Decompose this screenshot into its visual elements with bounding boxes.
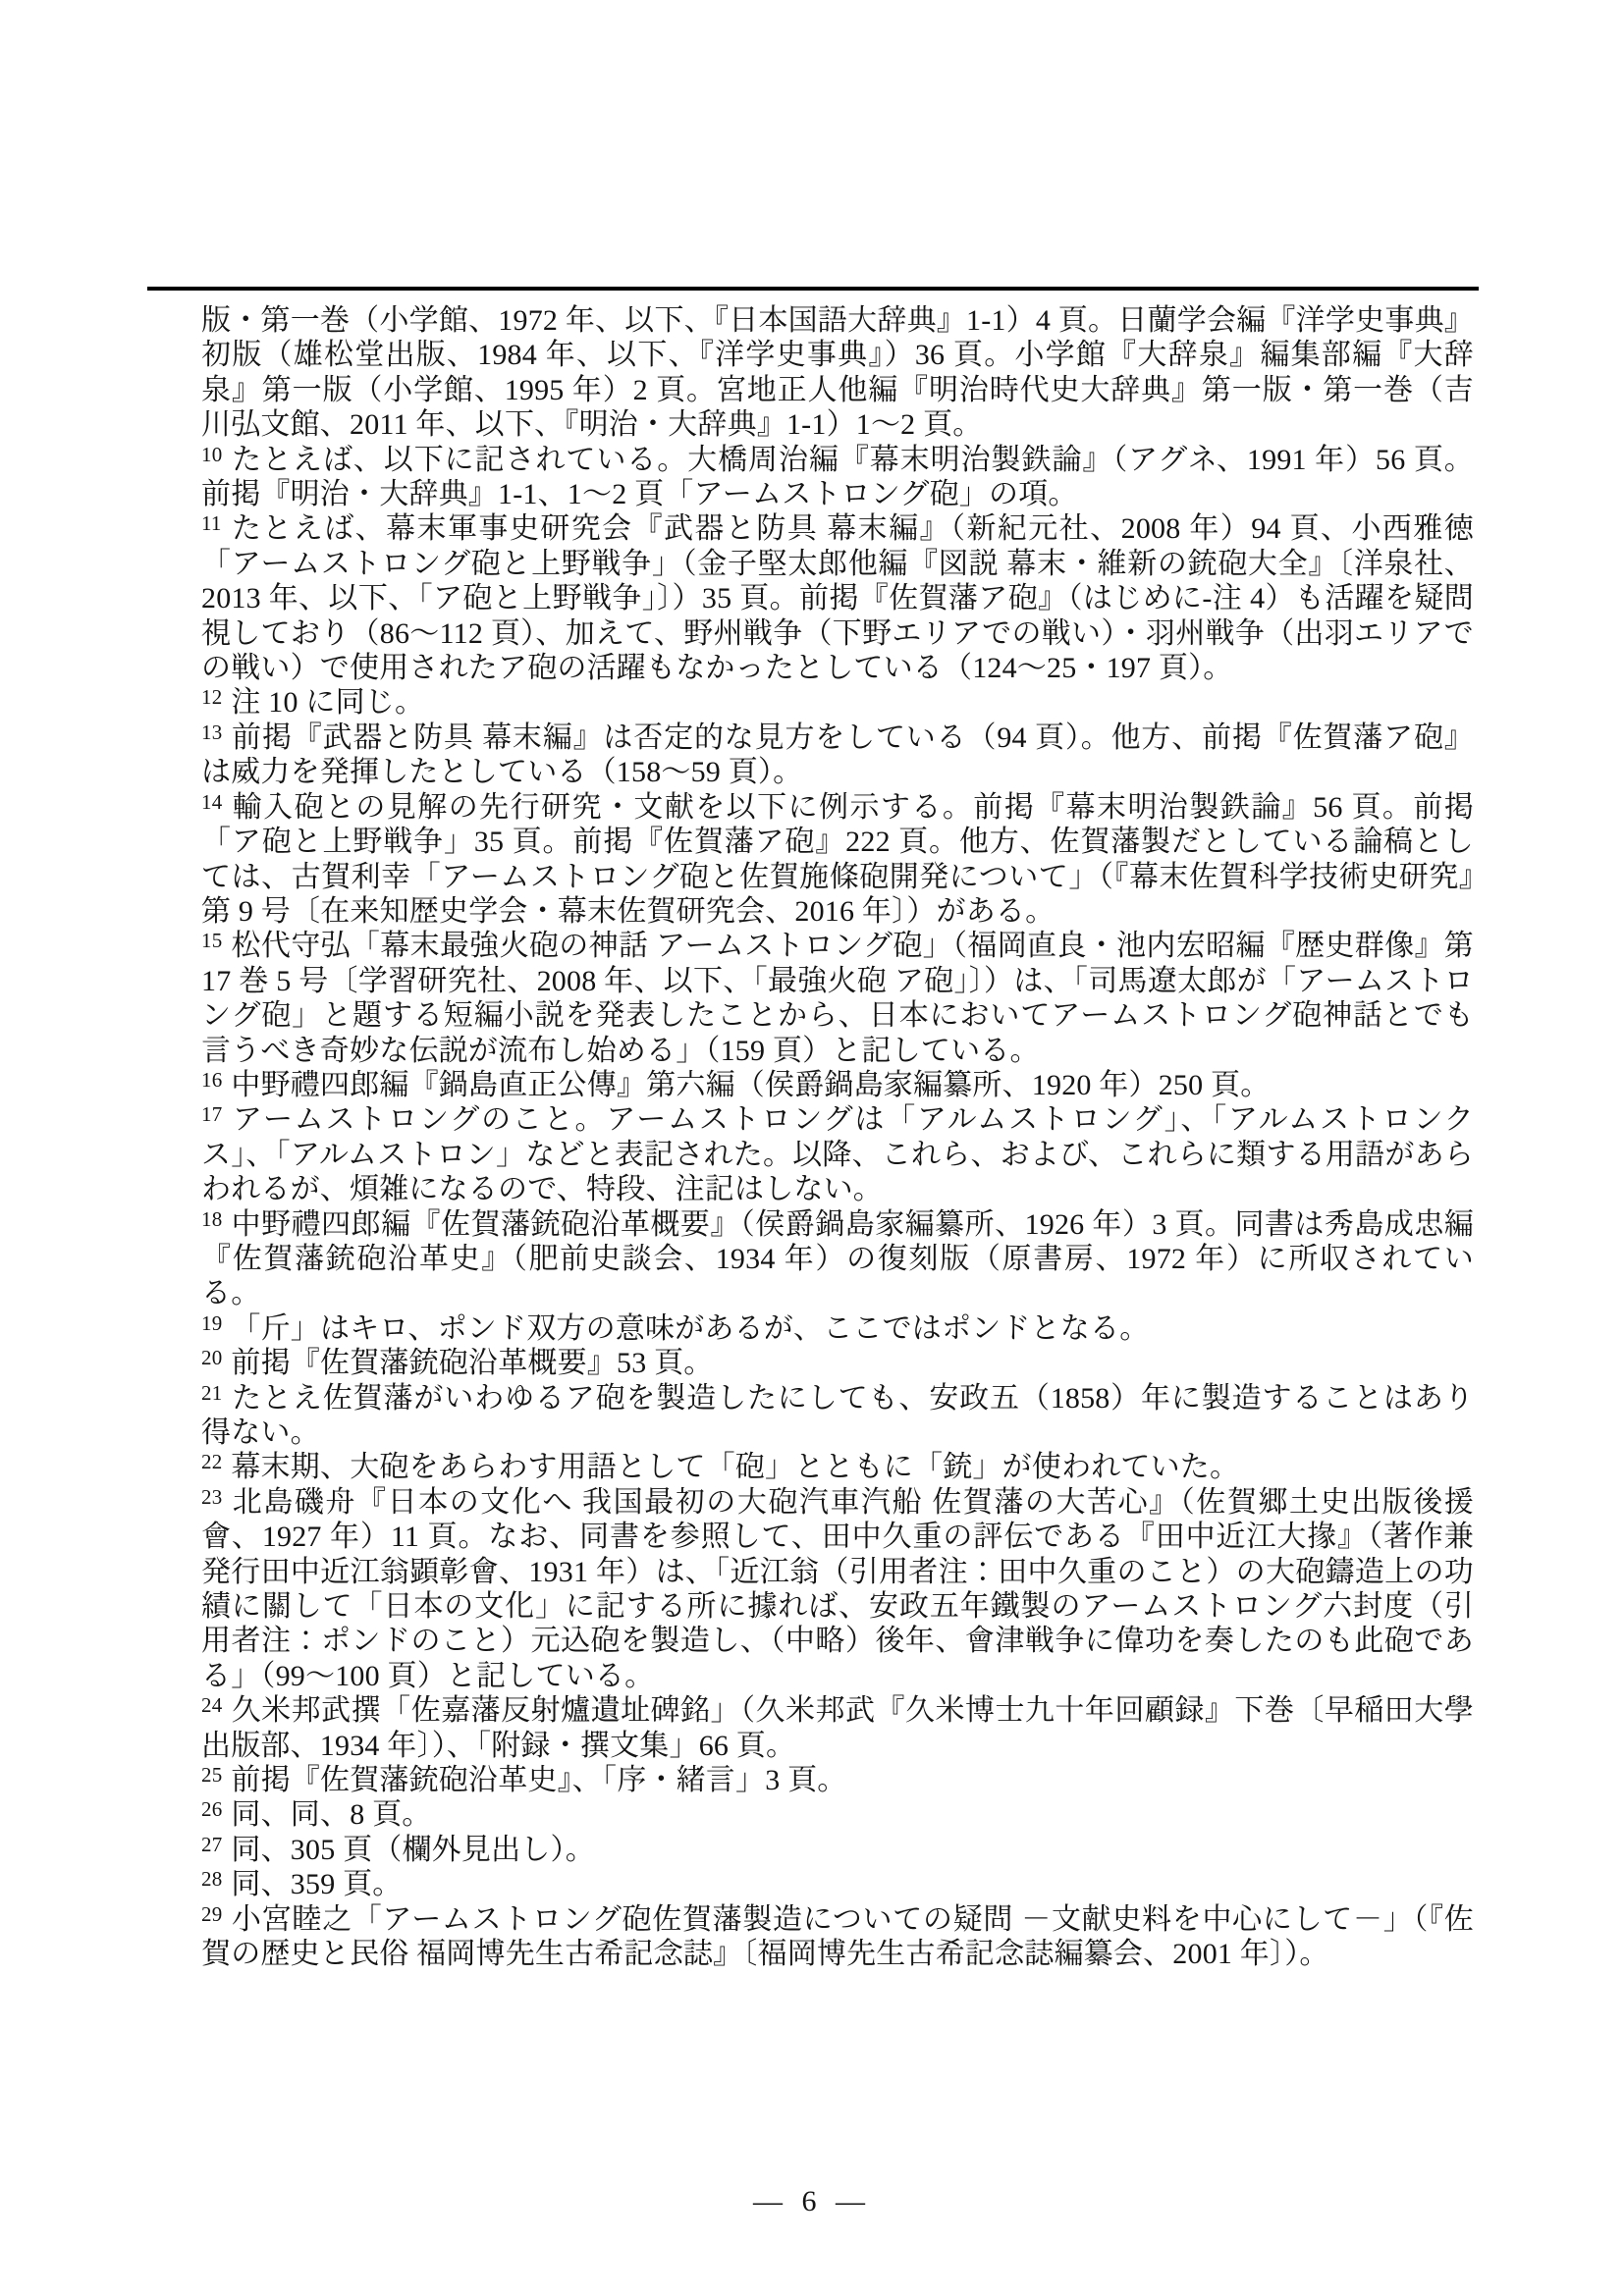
footnote-item: 18中野禮四郎編『佐賀藩銃砲沿革概要』（侯爵鍋島家編纂所、1926 年）3 頁。… — [201, 1207, 1474, 1311]
footnote-item: 26同、同、8 頁。 — [201, 1797, 1474, 1832]
footnote-text: 小宮睦之「アームストロング砲佐賀藩製造についての疑問 －文献史料を中心にして－」… — [201, 1903, 1474, 1970]
footnote-item: 23北島磯舟『日本の文化へ 我国最初の大砲汽車汽船 佐賀藩の大苦心』（佐賀郷土史… — [201, 1485, 1474, 1693]
page-number: ― 6 ― — [0, 2185, 1624, 2218]
footnote-item: 28同、359 頁。 — [201, 1867, 1474, 1901]
footnote-item: 19「斤」はキロ、ポンド双方の意味があるが、ここではポンドとなる。 — [201, 1311, 1474, 1346]
footnote-text: 注 10 に同じ。 — [231, 686, 424, 719]
footnote-item: 13前掲『武器と防具 幕末編』は否定的な見方をしている（94 頁）。他方、前掲『… — [201, 721, 1474, 790]
footnote-item: 15松代守弘「幕末最強火砲の神話 アームストロング砲」（福岡直良・池内宏昭編『歴… — [201, 929, 1474, 1068]
footnote-text: アームストロングのこと。アームストロングは「アルムストロング」、「アルムストロン… — [201, 1103, 1474, 1205]
footnote-text: 幕末期、大砲をあらわす用語として「砲」とともに「銃」が使われていた。 — [231, 1451, 1239, 1483]
footnote-item: 20前掲『佐賀藩銃砲沿革概要』53 頁。 — [201, 1346, 1474, 1380]
footnote-text: 同、同、8 頁。 — [231, 1798, 431, 1831]
footnote-item: 11たとえば、幕末軍事史研究会『武器と防具 幕末編』（新紀元社、2008 年）9… — [201, 511, 1474, 685]
footnote-item: 29小宮睦之「アームストロング砲佐賀藩製造についての疑問 －文献史料を中心にして… — [201, 1902, 1474, 1972]
footnote-item: 21たとえ佐賀藩がいわゆるア砲を製造したにしても、安政五（1858）年に製造する… — [201, 1381, 1474, 1451]
footnote-item: 10たとえば、以下に記されている。大橋周治編『幕末明治製鉄論』（アグネ、1991… — [201, 443, 1474, 512]
footnote-item: 24久米邦武撰「佐嘉藩反射爐遺址碑銘」（久米邦武『久米博士九十年回顧録』下巻〔早… — [201, 1693, 1474, 1763]
footnote-text: 前掲『武器と防具 幕末編』は否定的な見方をしている（94 頁）。他方、前掲『佐賀… — [201, 721, 1474, 788]
footnotes-section: 版・第一巻（小学館、1972 年、以下、『日本国語大辞典』1-1）4 頁。日蘭学… — [201, 303, 1474, 1972]
footnote-text: たとえば、以下に記されている。大橋周治編『幕末明治製鉄論』（アグネ、1991 年… — [201, 444, 1474, 510]
footnote-item: 27同、305 頁（欄外見出し）。 — [201, 1833, 1474, 1867]
footnote-item: 25前掲『佐賀藩銃砲沿革史』、「序・緒言」3 頁。 — [201, 1763, 1474, 1797]
footnote-item: 17アームストロングのこと。アームストロングは「アルムストロング」、「アルムスト… — [201, 1102, 1474, 1206]
footnote-text: 前掲『佐賀藩銃砲沿革概要』53 頁。 — [231, 1347, 713, 1379]
footnote-item: 22幕末期、大砲をあらわす用語として「砲」とともに「銃」が使われていた。 — [201, 1450, 1474, 1484]
footnotes-list: 10たとえば、以下に記されている。大橋周治編『幕末明治製鉄論』（アグネ、1991… — [201, 443, 1474, 1972]
footnote-text: 松代守弘「幕末最強火砲の神話 アームストロング砲」（福岡直良・池内宏昭編『歴史群… — [201, 930, 1474, 1066]
footnote-text: 中野禮四郎編『佐賀藩銃砲沿革概要』（侯爵鍋島家編纂所、1926 年）3 頁。同書… — [201, 1208, 1474, 1310]
footnote-item: 14輸入砲との見解の先行研究・文献を以下に例示する。前掲『幕末明治製鉄論』56 … — [201, 790, 1474, 930]
footnote-text: 同、359 頁。 — [231, 1868, 402, 1900]
document-page: 版・第一巻（小学館、1972 年、以下、『日本国語大辞典』1-1）4 頁。日蘭学… — [0, 0, 1624, 2296]
footnote-text: たとえ佐賀藩がいわゆるア砲を製造したにしても、安政五（1858）年に製造すること… — [201, 1382, 1474, 1449]
footnote-text: 中野禮四郎編『鍋島直正公傳』第六編（侯爵鍋島家編纂所、1920 年）250 頁。 — [231, 1069, 1270, 1101]
footnote-text: 輸入砲との見解の先行研究・文献を以下に例示する。前掲『幕末明治製鉄論』56 頁。… — [201, 791, 1474, 928]
footnote-separator-rule — [147, 287, 1479, 291]
footnote-text: 前掲『佐賀藩銃砲沿革史』、「序・緒言」3 頁。 — [231, 1764, 846, 1796]
footnote-text: 「斤」はキロ、ポンド双方の意味があるが、ここではポンドとなる。 — [231, 1312, 1149, 1345]
footnote-continuation-text: 版・第一巻（小学館、1972 年、以下、『日本国語大辞典』1-1）4 頁。日蘭学… — [201, 303, 1474, 443]
footnote-text: たとえば、幕末軍事史研究会『武器と防具 幕末編』（新紀元社、2008 年）94 … — [201, 512, 1474, 684]
footnote-item: 16中野禮四郎編『鍋島直正公傳』第六編（侯爵鍋島家編纂所、1920 年）250 … — [201, 1068, 1474, 1102]
footnote-text: 久米邦武撰「佐嘉藩反射爐遺址碑銘」（久米邦武『久米博士九十年回顧録』下巻〔早稲田… — [201, 1694, 1474, 1761]
footnote-text: 北島磯舟『日本の文化へ 我国最初の大砲汽車汽船 佐賀藩の大苦心』（佐賀郷土史出版… — [201, 1486, 1474, 1692]
footnote-text: 同、305 頁（欄外見出し）。 — [231, 1834, 595, 1866]
footnote-item: 12注 10 に同じ。 — [201, 685, 1474, 720]
